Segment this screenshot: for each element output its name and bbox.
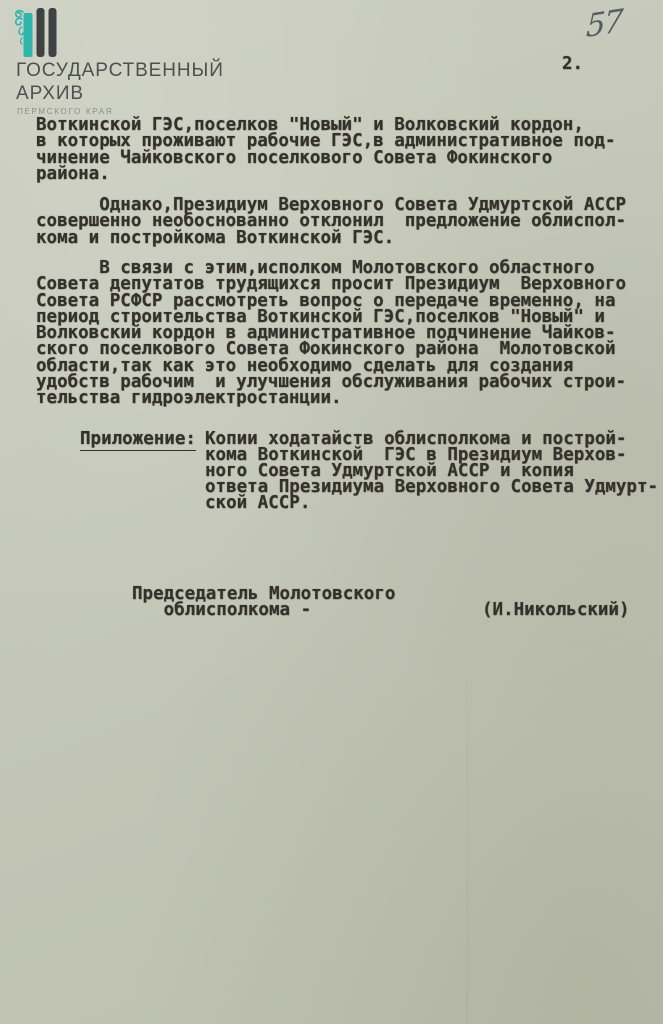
attachment-description: Копии ходатайств облисполкома и построй-… [205, 431, 658, 511]
attachment-label-text: Приложение: [80, 429, 196, 451]
signatory-title: Председатель Молотовского облисполкома - [132, 586, 395, 619]
document-page: ГОСУДАРСТВЕННЫЙ АРХИВ ПЕРМСКОГО КРАЯ 57 … [0, 0, 663, 1024]
signatory-name: (И.Никольский) [482, 602, 630, 618]
paper-seam [467, 563, 468, 1024]
archive-name-line2: АРХИВ [16, 83, 84, 105]
archive-name-line1: ГОСУДАРСТВЕННЫЙ [16, 60, 224, 82]
page-number: 2. [562, 56, 583, 72]
attachment-label: Приложение: [80, 431, 196, 447]
paragraph-objection: Однако,Президиум Верховного Совета Удмур… [36, 197, 626, 246]
archive-logo-icon [14, 8, 60, 60]
paragraph-continuation: Воткинской ГЭС,поселков "Новый" и Волков… [36, 117, 615, 182]
paragraph-request: В связи с этим,исполком Молотовского обл… [36, 260, 626, 407]
handwritten-folio-number: 57 [585, 3, 622, 45]
